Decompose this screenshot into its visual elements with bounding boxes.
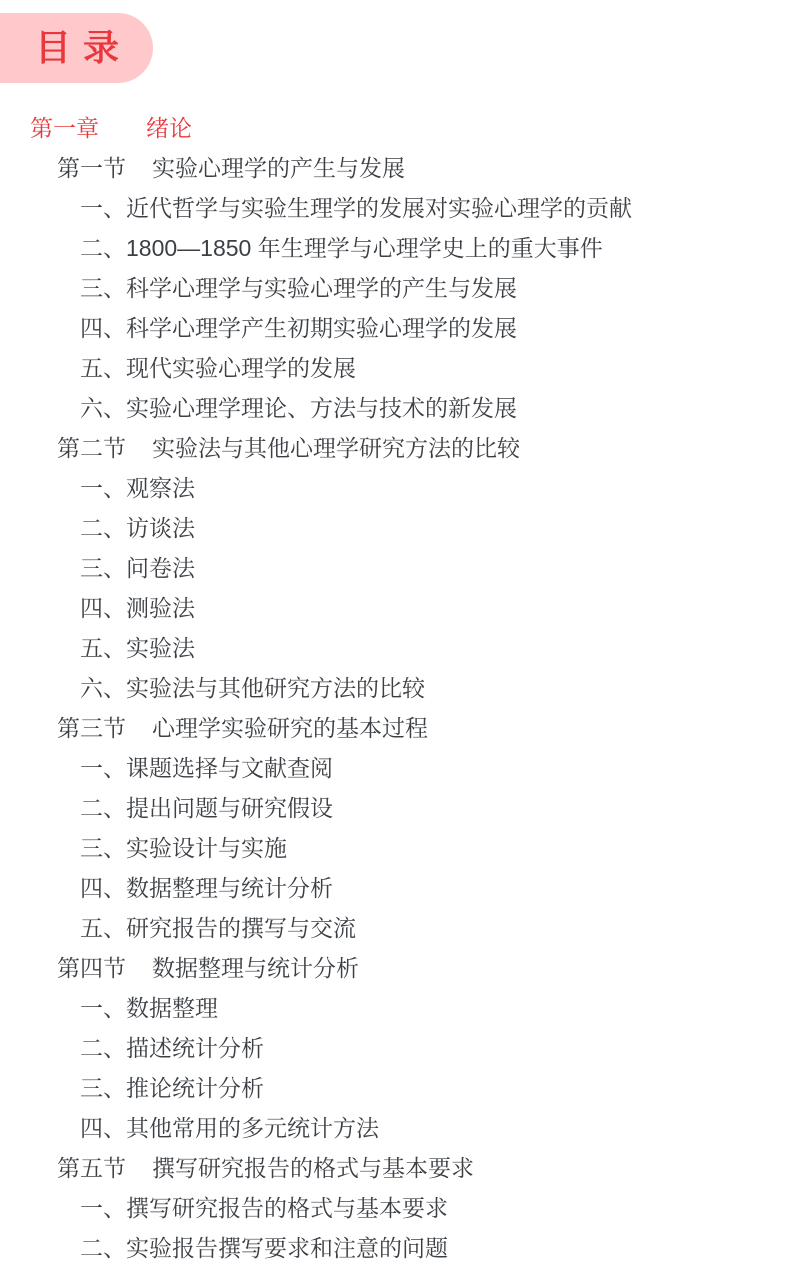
toc-item-text: 三、问卷法 — [80, 555, 195, 581]
toc-item-row: 一、数据整理 — [0, 988, 790, 1028]
toc-item-row: 四、测验法 — [0, 588, 790, 628]
toc-section-row: 第四节数据整理与统计分析 — [0, 948, 790, 988]
toc-item-row: 二、实验报告撰写要求和注意的问题 — [0, 1228, 790, 1268]
toc-item-text: 四、数据整理与统计分析 — [80, 875, 333, 901]
toc-chapter-number: 第一章 — [30, 115, 99, 141]
toc-section-title: 撰写研究报告的格式与基本要求 — [152, 1155, 474, 1181]
toc-item-row: 三、推论统计分析 — [0, 1068, 790, 1108]
toc-item-row: 一、课题选择与文献查阅 — [0, 748, 790, 788]
toc-section-number: 第五节 — [57, 1155, 126, 1181]
toc-item-row: 六、实验法与其他研究方法的比较 — [0, 668, 790, 708]
toc-item-row: 二、1800—1850 年生理学与心理学史上的重大事件 — [0, 228, 790, 268]
toc-item-text: 二、提出问题与研究假设 — [80, 795, 333, 821]
toc-item-row: 一、撰写研究报告的格式与基本要求 — [0, 1188, 790, 1228]
toc-item-text: 六、实验心理学理论、方法与技术的新发展 — [80, 395, 517, 421]
toc-item-row: 三、问卷法 — [0, 548, 790, 588]
toc-section-number: 第一节 — [57, 155, 126, 181]
toc-item-text: 五、实验法 — [80, 635, 195, 661]
toc-item-text: 四、其他常用的多元统计方法 — [80, 1115, 379, 1141]
toc-page: 目 录 第一章绪论第一节实验心理学的产生与发展一、近代哲学与实验生理学的发展对实… — [0, 0, 790, 1270]
toc-item-row: 六、实验心理学理论、方法与技术的新发展 — [0, 388, 790, 428]
toc-chapter-row: 第一章绪论 — [0, 108, 790, 148]
toc-item-row: 五、研究报告的撰写与交流 — [0, 908, 790, 948]
toc-item-row: 三、科学心理学与实验心理学的产生与发展 — [0, 268, 790, 308]
toc-section-number: 第四节 — [57, 955, 126, 981]
toc-item-row: 一、观察法 — [0, 468, 790, 508]
toc-item-text: 二、描述统计分析 — [80, 1035, 264, 1061]
toc-item-text: 一、观察法 — [80, 475, 195, 501]
page-title: 目 录 — [35, 30, 120, 66]
toc-item-text: 三、科学心理学与实验心理学的产生与发展 — [80, 275, 517, 301]
toc-item-text: 六、实验法与其他研究方法的比较 — [80, 675, 425, 701]
toc-section-number: 第三节 — [57, 715, 126, 741]
toc-section-title: 心理学实验研究的基本过程 — [152, 715, 428, 741]
toc-chapter-title: 绪论 — [146, 115, 192, 141]
toc-item-row: 四、数据整理与统计分析 — [0, 868, 790, 908]
toc-item-row: 二、描述统计分析 — [0, 1028, 790, 1068]
toc-item-row: 二、访谈法 — [0, 508, 790, 548]
toc-item-row: 二、提出问题与研究假设 — [0, 788, 790, 828]
toc-item-row: 五、现代实验心理学的发展 — [0, 348, 790, 388]
toc-item-text: 四、科学心理学产生初期实验心理学的发展 — [80, 315, 517, 341]
toc-item-text: 一、数据整理 — [80, 995, 218, 1021]
toc-item-row: 一、近代哲学与实验生理学的发展对实验心理学的贡献 — [0, 188, 790, 228]
toc-item-text: 三、实验设计与实施 — [80, 835, 287, 861]
toc-item-text: 一、课题选择与文献查阅 — [80, 755, 333, 781]
toc-item-row: 四、科学心理学产生初期实验心理学的发展 — [0, 308, 790, 348]
toc-section-row: 第二节实验法与其他心理学研究方法的比较 — [0, 428, 790, 468]
toc-item-text: 三、推论统计分析 — [80, 1075, 264, 1101]
toc-section-title: 实验心理学的产生与发展 — [152, 155, 405, 181]
toc-item-text: 二、实验报告撰写要求和注意的问题 — [80, 1235, 448, 1261]
toc-section-number: 第二节 — [57, 435, 126, 461]
toc-item-row: 三、实验设计与实施 — [0, 828, 790, 868]
toc-header-badge: 目 录 — [0, 13, 153, 83]
toc-item-text: 一、撰写研究报告的格式与基本要求 — [80, 1195, 448, 1221]
toc-item-text: 二、访谈法 — [80, 515, 195, 541]
toc-section-row: 第一节实验心理学的产生与发展 — [0, 148, 790, 188]
toc-section-row: 第三节心理学实验研究的基本过程 — [0, 708, 790, 748]
toc-section-title: 数据整理与统计分析 — [152, 955, 359, 981]
toc-item-text: 五、研究报告的撰写与交流 — [80, 915, 356, 941]
toc-list: 第一章绪论第一节实验心理学的产生与发展一、近代哲学与实验生理学的发展对实验心理学… — [0, 108, 790, 1268]
toc-item-text: 一、近代哲学与实验生理学的发展对实验心理学的贡献 — [80, 195, 632, 221]
toc-item-text: 五、现代实验心理学的发展 — [80, 355, 356, 381]
toc-section-row: 第五节撰写研究报告的格式与基本要求 — [0, 1148, 790, 1188]
toc-item-row: 五、实验法 — [0, 628, 790, 668]
toc-item-row: 四、其他常用的多元统计方法 — [0, 1108, 790, 1148]
toc-item-text: 四、测验法 — [80, 595, 195, 621]
toc-item-text: 二、1800—1850 年生理学与心理学史上的重大事件 — [80, 235, 603, 261]
toc-section-title: 实验法与其他心理学研究方法的比较 — [152, 435, 520, 461]
